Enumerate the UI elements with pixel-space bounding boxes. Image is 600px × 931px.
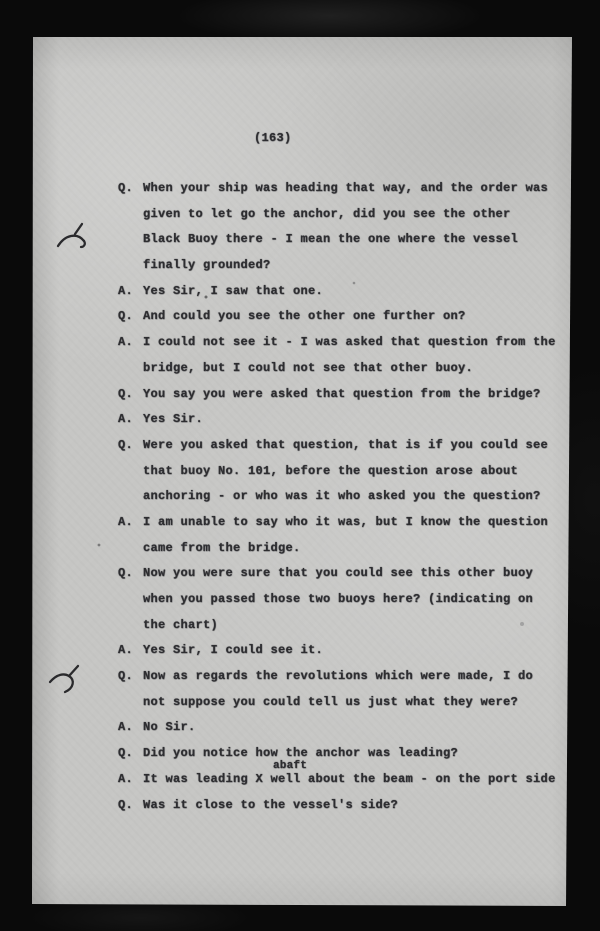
qa-transcript: Q. When your ship was heading that way, … [32, 176, 573, 818]
qa-line: Were you asked that question, that is if… [143, 433, 573, 459]
qa-line: Now you were sure that you could see thi… [143, 561, 573, 587]
qa-line: bridge, but I could not see that other b… [143, 356, 573, 382]
qa-lines: Yes Sir, I could see it. [143, 638, 573, 664]
qa-line: Was it close to the vessel's side? [143, 793, 573, 819]
qa-entry: A. It was leading X well about the beam … [32, 767, 573, 793]
speaker-label: Q. [118, 793, 133, 819]
qa-entry: Q. Were you asked that question, that is… [32, 433, 573, 510]
qa-line: Did you notice how the anchor was leadin… [143, 741, 573, 767]
qa-line: I am unable to say who it was, but I kno… [143, 510, 573, 536]
speaker-label: Q. [118, 304, 133, 330]
qa-line: not suppose you could tell us just what … [143, 690, 573, 716]
speaker-label: Q. [118, 176, 133, 202]
qa-line: Yes Sir. [143, 407, 573, 433]
qa-lines: Was it close to the vessel's side? [143, 793, 573, 819]
qa-lines: You say you were asked that question fro… [143, 382, 573, 408]
qa-line: given to let go the anchor, did you see … [143, 202, 573, 228]
speaker-label: A. [118, 510, 133, 536]
speaker-label: A. [118, 279, 133, 305]
qa-line: that buoy No. 101, before the question a… [143, 459, 573, 485]
qa-line: when you passed those two buoys here? (i… [143, 587, 573, 613]
qa-entry: Q. And could you see the other one furth… [32, 304, 573, 330]
qa-line: Black Buoy there - I mean the one where … [143, 227, 573, 253]
qa-line: You say you were asked that question fro… [143, 382, 573, 408]
qa-lines: Yes Sir. [143, 407, 573, 433]
qa-lines: Now as regards the revolutions which wer… [143, 664, 573, 715]
qa-entry: Q. When your ship was heading that way, … [32, 176, 573, 279]
handwritten-check-mark-icon [54, 220, 94, 256]
qa-line: And could you see the other one further … [143, 304, 573, 330]
paper-specks [32, 35, 34, 37]
qa-entry: A. Yes Sir, I could see it. [32, 638, 573, 664]
speaker-label: Q. [118, 664, 133, 690]
qa-line: anchoring - or who was it who asked you … [143, 484, 573, 510]
qa-entry: Q. Now you were sure that you could see … [32, 561, 573, 638]
qa-entry: Q. You say you were asked that question … [32, 382, 573, 408]
qa-entry: Q. Now as regards the revolutions which … [32, 664, 573, 715]
typed-insertion: abaft [273, 754, 307, 780]
speaker-label: A. [118, 330, 133, 356]
qa-lines: Now you were sure that you could see thi… [143, 561, 573, 638]
qa-line: Now as regards the revolutions which wer… [143, 664, 573, 690]
qa-line: the chart) [143, 613, 573, 639]
qa-lines: Yes Sir, I saw that one. [143, 279, 573, 305]
qa-line: Yes Sir, I could see it. [143, 638, 573, 664]
speaker-label: A. [118, 638, 133, 664]
speaker-label: A. [118, 407, 133, 433]
speaker-label: Q. [118, 741, 133, 767]
qa-lines: It was leading X well about the beam - o… [143, 767, 573, 793]
qa-entry: A. I am unable to say who it was, but I … [32, 510, 573, 561]
qa-line: finally grounded? [143, 253, 573, 279]
page-number: (163) [254, 131, 292, 145]
document-page: (163) Q. When your ship was heading that… [32, 35, 573, 907]
scanner-background: (163) Q. When your ship was heading that… [0, 0, 600, 931]
qa-entry: Q. Was it close to the vessel's side? [32, 793, 573, 819]
qa-lines: Did you notice how the anchor was leadin… [143, 741, 573, 767]
speaker-label: A. [118, 767, 133, 793]
qa-lines: No Sir. [143, 715, 573, 741]
qa-line: It was leading X well about the beam - o… [143, 767, 573, 793]
handwritten-check-mark-icon [47, 662, 87, 698]
qa-line: When your ship was heading that way, and… [143, 176, 573, 202]
qa-entry: A. No Sir. [32, 715, 573, 741]
qa-lines: I am unable to say who it was, but I kno… [143, 510, 573, 561]
qa-line: came from the bridge. [143, 536, 573, 562]
qa-line: Yes Sir, I saw that one. [143, 279, 573, 305]
speaker-label: Q. [118, 433, 133, 459]
speaker-label: A. [118, 715, 133, 741]
qa-lines: Were you asked that question, that is if… [143, 433, 573, 510]
qa-entry: A. Yes Sir. [32, 407, 573, 433]
qa-lines: I could not see it - I was asked that qu… [143, 330, 573, 381]
qa-line: No Sir. [143, 715, 573, 741]
qa-lines: When your ship was heading that way, and… [143, 176, 573, 279]
qa-entry: A. Yes Sir, I saw that one. [32, 279, 573, 305]
speaker-label: Q. [118, 561, 133, 587]
qa-line: I could not see it - I was asked that qu… [143, 330, 573, 356]
speaker-label: Q. [118, 382, 133, 408]
qa-lines: And could you see the other one further … [143, 304, 573, 330]
qa-entry: A. I could not see it - I was asked that… [32, 330, 573, 381]
